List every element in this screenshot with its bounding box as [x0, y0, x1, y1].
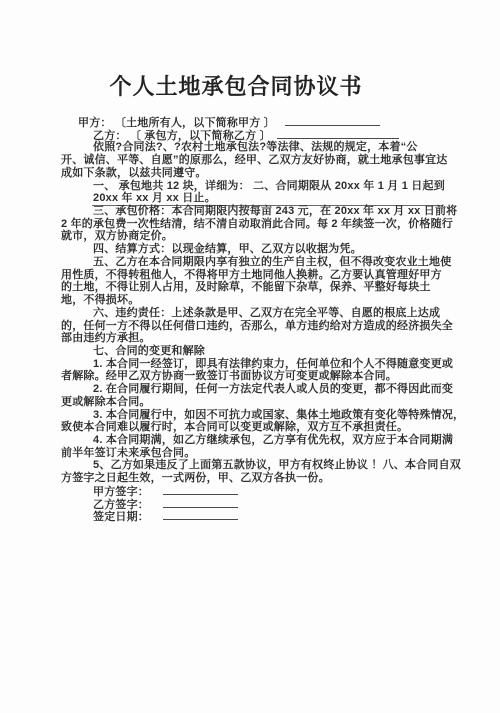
page-title: 个人土地承包合同协议书: [0, 70, 472, 101]
signature-party-a-line: 甲方签字：: [61, 485, 447, 498]
clause-2-line: 20xx 年 xx 月 xx 日止。: [61, 192, 447, 205]
clause-7-item-1: 者解除。经甲乙双方协商一致签订书面协议方可变更或解除本合同。: [61, 370, 447, 383]
party-a-line: 甲方： 〔土地所有人，以下简称甲方 〕: [61, 116, 447, 129]
clause-7-item-5: 5、乙方如果违反了上面第五款协议，甲方有权终止协议 ！八、本合同自双: [61, 459, 447, 472]
party-a-blank: [285, 116, 380, 126]
clause-7-item-4: 4. 本合同期满，如乙方继续承包，乙方享有优先权，双方应于本合同期满: [61, 434, 447, 447]
signature-party-b-line: 乙方签字：: [61, 498, 447, 511]
signature-date-line: 签定日期：: [61, 510, 447, 523]
clause-1-2-line: 一、 承包地共 12 块，详细为： 二、合同期限从 20xx 年 1 月 1 日…: [61, 180, 447, 193]
document-page: 个人土地承包合同协议书 甲方： 〔土地所有人，以下简称甲方 〕 乙方： 〔 承包…: [0, 0, 500, 713]
party-b-blank: [277, 129, 399, 139]
clause-6-line: 部由违约方承担。: [61, 332, 447, 345]
preamble-line: 依照?合同法?、?农村土地承包法?等法律、法规的规定，本着“公: [61, 141, 447, 154]
clause-6-line: 六、违约责任：上述条款是甲、乙双方在完全平等、自愿的根底上达成: [61, 307, 447, 320]
clause-7-item-3: 3. 本合同履行中，如因不可抗力或国家、集体土地政策有变化等特殊情况，: [61, 409, 447, 422]
clause-3-line: 2 年的承包费一次性结清，结不清自动取消此合同。每 2 年续签一次，价格随行: [61, 218, 447, 231]
clause-7-item-2: 2. 在合同履行期间，任何一方法定代表人或人员的变更，都不得因此而变: [61, 383, 447, 396]
clause-7-item-4: 前半年签订未来承包合同。: [61, 447, 447, 460]
signature-date-label: 签定日期：: [93, 511, 149, 523]
clause-3-line: 就市，双方协商定价。: [61, 230, 447, 243]
clause-8-line: 方签字之日起生效，一式两份，甲、乙双方各执一份。: [61, 472, 447, 485]
party-a-label: 甲方： 〔土地所有人，以下简称甲方 〕: [78, 117, 275, 129]
clause-7-heading: 七、合同的变更和解除: [61, 345, 447, 358]
clause-6-line: 的，任何一方不得以任何借口违约，否那么，单方违约给对方造成的经济损失全: [61, 320, 447, 333]
clause-5-line: 五、乙方在本合同期限内享有独立的生产自主权，但不得改变农业土地使: [61, 256, 447, 269]
preamble-line: 开、诚信、平等、自愿”的原那么，经甲、乙双方友好协商，就土地承包事宜达: [61, 154, 447, 167]
party-b-line: 乙方： 〔 承包方，以下简称乙方 〕: [61, 129, 447, 142]
signature-party-a-label: 甲方签字：: [93, 486, 149, 498]
document-body: 甲方： 〔土地所有人，以下简称甲方 〕 乙方： 〔 承包方，以下简称乙方 〕 依…: [61, 116, 447, 523]
clause-5-line: 地，不得损坏。: [61, 294, 447, 307]
clause-7-item-2: 更或解除本合同。: [61, 396, 447, 409]
clause-5-line: 用性质，不得转租他人，不得将甲方土地同他人换耕。乙方要认真管理好甲方: [61, 269, 447, 282]
signature-party-a-blank: [163, 485, 238, 495]
clause-7-item-3: 致使本合同难以履行时，本合同可以变更或解除，双方互不承担责任。: [61, 421, 447, 434]
clause-4-line: 四、结算方式：以现金结算，甲、乙双方以收据为凭。: [61, 243, 447, 256]
party-b-label: 乙方： 〔 承包方，以下简称乙方 〕: [93, 130, 271, 142]
signature-party-b-label: 乙方签字：: [93, 499, 149, 511]
clause-7-item-1: 1. 本合同一经签订，即具有法律约束力，任何单位和个人不得随意变更或: [61, 358, 447, 371]
signature-party-b-blank: [163, 498, 238, 508]
clause-5-line: 的土地，不得让别人占用，及时除草，不能留下杂草，保养、平整好每块土: [61, 281, 447, 294]
preamble-line: 成如下条款，以兹共同遵守。: [61, 167, 447, 180]
clause-3-line: 三、承包价格：本合同期限内按每亩 243 元，在 20xx 年 xx 月 xx …: [61, 205, 447, 218]
signature-date-blank: [163, 510, 238, 520]
